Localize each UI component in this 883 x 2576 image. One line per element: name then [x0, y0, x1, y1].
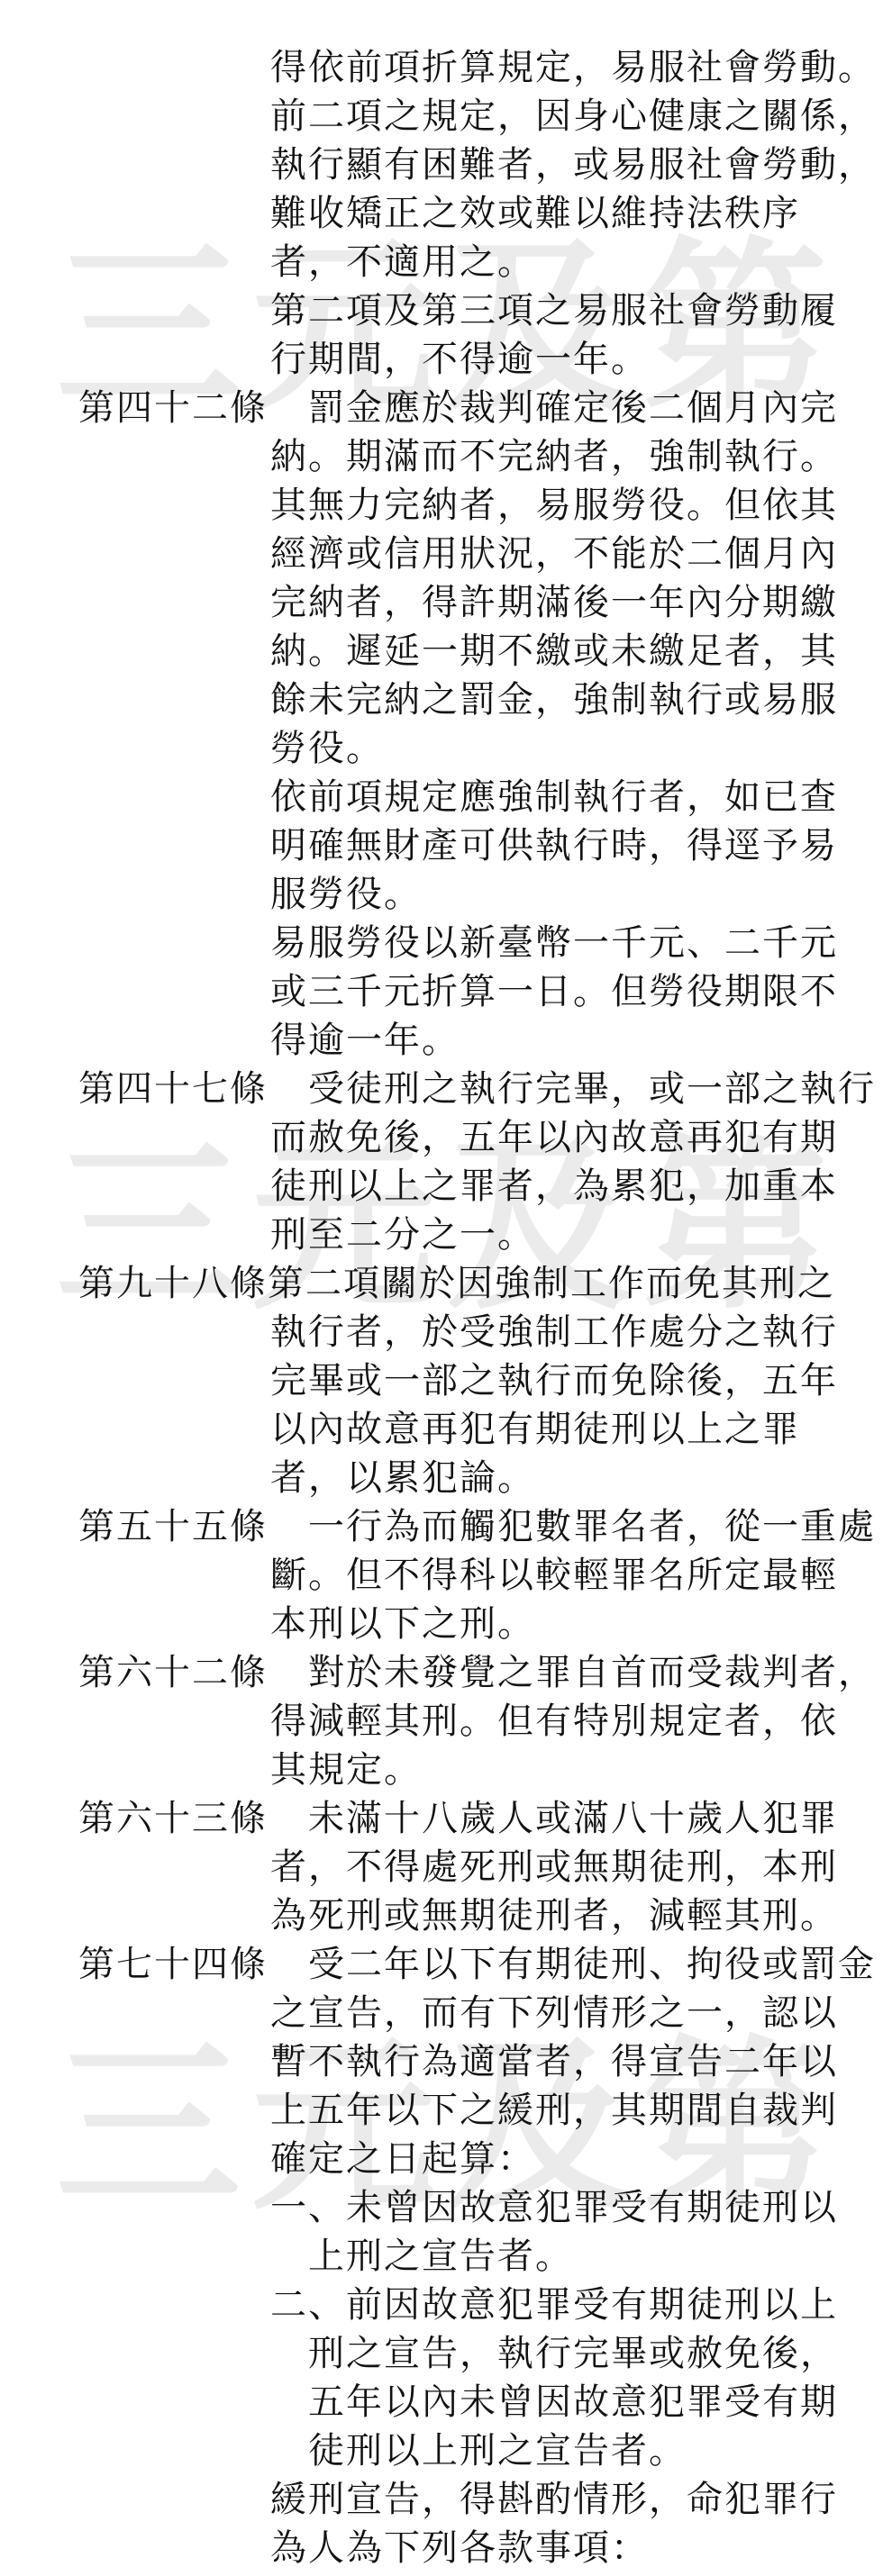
list-item-line: 一、未曾因故意犯罪受有期徒刑以 — [270, 2188, 838, 2227]
article-label: 第六十二條 — [78, 1653, 268, 1692]
paragraph-line: 受二年以下有期徒刑、拘役或罰金 — [308, 1945, 876, 1984]
article-label: 第五十五條 — [78, 1507, 268, 1547]
list-item-line: 徒刑以上刑之宣告者。 — [308, 2431, 687, 2471]
paragraph-line: 第二項關於因強制工作而免其刑之 — [268, 1264, 835, 1303]
list-item-line: 上刑之宣告者。 — [308, 2236, 573, 2276]
paragraph-line: 之宣告，而有下列情形之一，認以 — [270, 1993, 838, 2033]
article-label: 第九十八條 — [78, 1264, 268, 1303]
paragraph-line: 得減輕其刑。但有特別規定者，依 — [270, 1701, 838, 1741]
paragraph-line: 為人為下列各款事項： — [270, 2528, 649, 2568]
paragraph-line: 其規定。 — [270, 1750, 422, 1790]
paragraph-line: 完畢或一部之執行而免除後，五年 — [270, 1361, 838, 1401]
paragraph-line: 未滿十八歲人或滿八十歲人犯罪 — [308, 1799, 838, 1838]
article-label: 第六十三條 — [78, 1799, 268, 1838]
paragraph-line: 為死刑或無期徒刑者，減輕其刑。 — [270, 1896, 838, 1936]
paragraph-line: 或三千元折算一日。但勞役期限不 — [270, 972, 838, 1011]
paragraph-line: 難收矯正之效或難以維持法秩序 — [270, 194, 800, 233]
paragraph-line: 受徒刑之執行完畢，或一部之執行 — [308, 1069, 876, 1109]
paragraph-line: 服勞役。 — [270, 875, 422, 914]
list-item-line: 刑之宣告，執行完畢或赦免後， — [308, 2334, 838, 2373]
paragraph-line: 本刑以下之刑。 — [270, 1604, 535, 1644]
paragraph-line: 經濟或信用狀況，不能於二個月內 — [270, 534, 838, 574]
article-label: 第七十四條 — [78, 1945, 268, 1984]
paragraph-line: 緩刑宣告，得斟酌情形，命犯罪行 — [270, 2480, 838, 2519]
paragraph-line: 確定之日起算： — [270, 2139, 535, 2179]
paragraph-line: 者，不適用之。 — [270, 242, 535, 282]
paragraph-line: 者，不得處死刑或無期徒刑，本刑 — [270, 1847, 838, 1887]
paragraph-line: 餘未完納之罰金，強制執行或易服 — [270, 680, 838, 720]
paragraph-line: 納。期滿而不完納者，強制執行。 — [270, 437, 838, 476]
list-item-line: 二、前因故意犯罪受有期徒刑以上 — [270, 2285, 838, 2325]
paragraph-line: 執行者，於受強制工作處分之執行 — [270, 1312, 838, 1352]
article-label: 第四十二條 — [78, 388, 268, 428]
paragraph-line: 前二項之規定，因身心健康之關係， — [270, 96, 876, 136]
paragraph-line: 依前項規定應強制執行者，如已查 — [270, 777, 838, 817]
paragraph-line: 明確無財產可供執行時，得逕予易 — [270, 826, 838, 866]
paragraph-line: 其無力完納者，易服勞役。但依其 — [270, 485, 838, 525]
list-item-line: 五年以內未曾因故意犯罪受有期 — [308, 2382, 838, 2422]
paragraph-line: 對於未發覺之罪自首而受裁判者， — [308, 1653, 876, 1692]
paragraph-line: 完納者，得許期滿後一年內分期繳 — [270, 583, 838, 622]
paragraph-line: 第二項及第三項之易服社會勞動履 — [270, 291, 838, 331]
paragraph-line: 納。遲延一期不繳或未繳足者，其 — [270, 631, 838, 671]
paragraph-line: 勞役。 — [270, 729, 384, 768]
paragraph-line: 執行顯有困難者，或易服社會勞動， — [270, 145, 876, 185]
paragraph-line: 罰金應於裁判確定後二個月內完 — [308, 388, 838, 428]
paragraph-line: 得逾一年。 — [270, 1020, 460, 1060]
paragraph-line: 易服勞役以新臺幣一千元、二千元 — [270, 923, 838, 963]
paragraph-line: 刑至二分之一。 — [270, 1215, 535, 1255]
paragraph-line: 以內故意再犯有期徒刑以上之罪 — [270, 1410, 800, 1449]
paragraph-line: 斷。但不得科以較輕罪名所定最輕 — [270, 1556, 838, 1595]
paragraph-line: 得依前項折算規定，易服社會勞動。 — [270, 48, 876, 87]
article-label: 第四十七條 — [78, 1069, 268, 1109]
paragraph-line: 一行為而觸犯數罪名者，從一重處 — [308, 1507, 876, 1547]
paragraph-line: 上五年以下之緩刑，其期間自裁判 — [270, 2091, 838, 2130]
paragraph-line: 行期間，不得逾一年。 — [270, 340, 649, 379]
paragraph-line: 暫不執行為適當者，得宣告二年以 — [270, 2042, 838, 2082]
paragraph-line: 徒刑以上之罪者，為累犯，加重本 — [270, 1166, 838, 1206]
paragraph-line: 者，以累犯論。 — [270, 1458, 535, 1498]
paragraph-line: 而赦免後，五年以內故意再犯有期 — [270, 1118, 838, 1157]
document-page: 三元及第 三元及第 三元及第 得依前項折算規定，易服社會勞動。前二項之規定，因身… — [0, 0, 883, 2576]
